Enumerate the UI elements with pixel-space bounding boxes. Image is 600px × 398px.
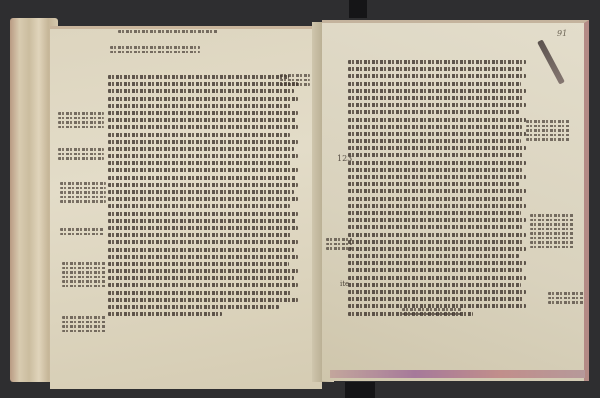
recto-left-gloss xyxy=(326,238,352,250)
folio-number: 91 xyxy=(557,29,567,38)
verso-margin-gloss-6 xyxy=(62,316,106,332)
verso-margin-gloss-2 xyxy=(58,148,104,160)
recto-margin-gloss-1 xyxy=(526,120,570,141)
marginal-word: ite xyxy=(340,280,349,288)
recto-text-block xyxy=(348,60,526,316)
verso-margin-gloss-5 xyxy=(62,262,106,287)
verso-text-block xyxy=(108,75,298,316)
recto-bottom-gloss xyxy=(402,308,462,315)
recto-margin-gloss-3 xyxy=(548,292,584,304)
verso-right-gloss xyxy=(280,74,310,86)
page-edges-bottom-right xyxy=(330,370,585,378)
verso-margin-gloss-3 xyxy=(60,182,106,203)
marginal-number: 123 xyxy=(337,154,352,163)
recto-margin-gloss-2 xyxy=(530,214,574,248)
verso-margin-gloss-1 xyxy=(58,112,104,128)
verso-top-gloss xyxy=(118,30,218,33)
verso-upper-gloss xyxy=(110,46,200,53)
verso-margin-gloss-4 xyxy=(60,228,104,235)
